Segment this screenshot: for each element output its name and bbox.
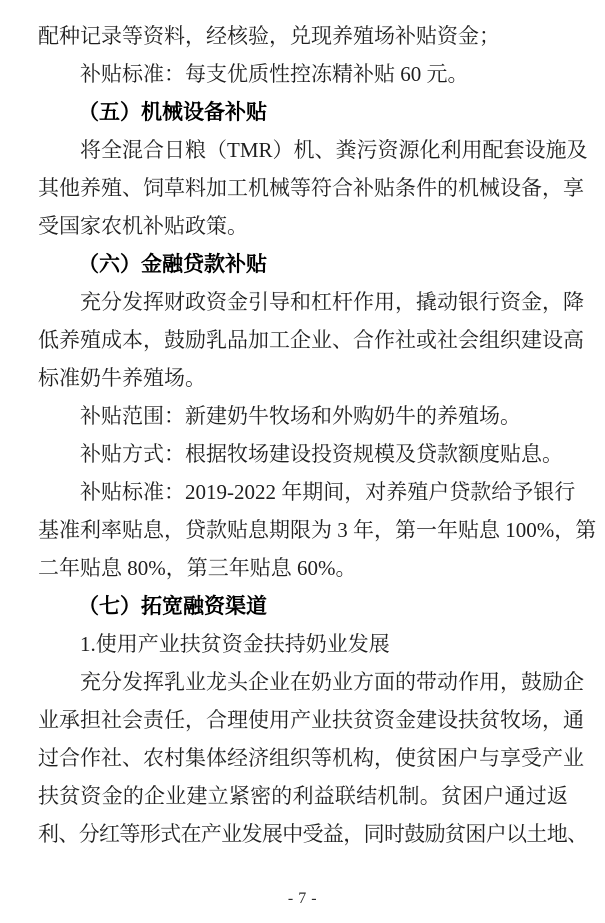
body-text-line: 业承担社会责任，合理使用产业扶贫资金建设扶贫牧场，通 bbox=[38, 701, 568, 739]
body-text-line: 受国家农机补贴政策。 bbox=[38, 207, 568, 245]
body-text-line: 1.使用产业扶贫资金扶持奶业发展 bbox=[38, 625, 568, 663]
section-heading-5: （五）机械设备补贴 bbox=[38, 93, 568, 131]
body-text-line: 利、分红等形式在产业发展中受益，同时鼓励贫困户以土地、 bbox=[38, 815, 568, 853]
body-text-line: 充分发挥乳业龙头企业在奶业方面的带动作用，鼓励企 bbox=[38, 663, 568, 701]
body-text-line: 低养殖成本，鼓励乳品加工企业、合作社或社会组织建设高 bbox=[38, 321, 568, 359]
body-text-line: 扶贫资金的企业建立紧密的利益联结机制。贫困户通过返 bbox=[38, 777, 568, 815]
body-text-line: 二年贴息 80%，第三年贴息 60%。 bbox=[38, 549, 568, 587]
document-body: 配种记录等资料，经核验，兑现养殖场补贴资金； 补贴标准：每支优质性控冻精补贴 6… bbox=[38, 17, 568, 853]
body-text-line: 标准奶牛养殖场。 bbox=[38, 359, 568, 397]
body-text-line: 补贴标准：每支优质性控冻精补贴 60 元。 bbox=[38, 55, 568, 93]
document-page: 配种记录等资料，经核验，兑现养殖场补贴资金； 补贴标准：每支优质性控冻精补贴 6… bbox=[0, 0, 605, 923]
body-text-line: 将全混合日粮（TMR）机、粪污资源化利用配套设施及 bbox=[38, 131, 568, 169]
body-text-line: 充分发挥财政资金引导和杠杆作用，撬动银行资金，降 bbox=[38, 283, 568, 321]
body-text-line: 配种记录等资料，经核验，兑现养殖场补贴资金； bbox=[38, 17, 568, 55]
page-number: - 7 - bbox=[0, 890, 605, 908]
body-text-line: 补贴标准：2019-2022 年期间，对养殖户贷款给予银行 bbox=[38, 473, 568, 511]
body-text-line: 其他养殖、饲草料加工机械等符合补贴条件的机械设备，享 bbox=[38, 169, 568, 207]
body-text-line: 补贴范围：新建奶牛牧场和外购奶牛的养殖场。 bbox=[38, 397, 568, 435]
body-text-line: 过合作社、农村集体经济组织等机构，使贫困户与享受产业 bbox=[38, 739, 568, 777]
section-heading-6: （六）金融贷款补贴 bbox=[38, 245, 568, 283]
section-heading-7: （七）拓宽融资渠道 bbox=[38, 587, 568, 625]
body-text-line: 补贴方式：根据牧场建设投资规模及贷款额度贴息。 bbox=[38, 435, 568, 473]
body-text-line: 基准利率贴息，贷款贴息期限为 3 年，第一年贴息 100%，第 bbox=[38, 511, 568, 549]
